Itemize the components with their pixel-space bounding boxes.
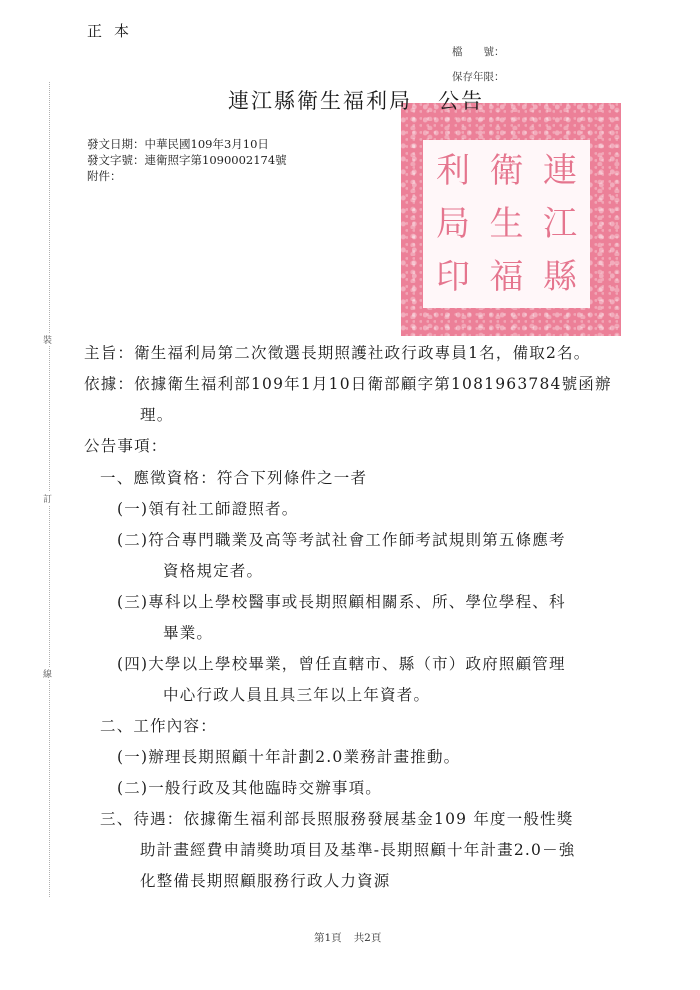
attachment-label: 附件： <box>87 168 287 184</box>
binding-mark-zhuang: 裝 <box>43 333 52 346</box>
section-qualifications: 一、應徵資格：符合下列條件之一者 <box>100 466 367 488</box>
seal-column: 連 江 縣 <box>536 146 584 302</box>
seal-inner-square: 連 江 縣 衛 生 福 利 局 印 <box>423 140 590 308</box>
basis-line-cont: 理。 <box>140 403 173 425</box>
header-fields: 發文日期：中華民國109年3月10日 發文字號：連衛照字第1090002174號… <box>87 136 287 184</box>
qualification-item-cont: 中心行政人員且具三年以上年資者。 <box>163 683 430 705</box>
seal-column: 利 局 印 <box>429 146 477 302</box>
seal-char: 連 <box>536 146 584 196</box>
title-organization: 連江縣衛生福利局 <box>228 89 412 113</box>
page-total: 共2頁 <box>354 932 382 944</box>
document-title: 連江縣衛生福利局公告 <box>228 85 484 115</box>
compensation-cont: 化整備長期照顧服務行政人力資源 <box>140 869 391 891</box>
title-type: 公告 <box>438 89 484 113</box>
basis-line: 依據：依據衛生福利部109年1月10日衛部顧字第1081963784號函辦 <box>84 372 612 394</box>
official-seal: 連 江 縣 衛 生 福 利 局 印 <box>401 103 621 336</box>
binding-mark-ding: 訂 <box>43 492 52 505</box>
compensation-cont: 助計畫經費申請獎助項目及基準-長期照顧十年計畫2.0－強 <box>140 838 576 860</box>
seal-char: 利 <box>429 146 477 196</box>
seal-char: 福 <box>483 252 531 302</box>
seal-column: 衛 生 福 <box>483 146 531 302</box>
seal-char: 縣 <box>536 252 584 302</box>
job-item: (二)一般行政及其他臨時交辦事項。 <box>117 776 382 798</box>
issue-number: 發文字號：連衛照字第1090002174號 <box>87 152 287 168</box>
subject-line: 主旨：衛生福利局第二次徵選長期照護社政行政專員1名，備取2名。 <box>84 341 590 363</box>
seal-char: 江 <box>536 199 584 249</box>
qualification-item-cont: 畢業。 <box>163 621 213 643</box>
issue-date: 發文日期：中華民國109年3月10日 <box>87 136 287 152</box>
qualification-item: (一)領有社工師證照者。 <box>117 497 299 519</box>
retention-period-label: 保存年限： <box>452 69 505 84</box>
seal-char: 衛 <box>483 146 531 196</box>
seal-char: 局 <box>429 199 477 249</box>
binding-mark-xian: 線 <box>43 667 52 680</box>
announcement-heading: 公告事項： <box>84 434 168 456</box>
seal-char: 印 <box>429 252 477 302</box>
job-item: (一)辦理長期照顧十年計劃2.0業務計畫推動。 <box>117 745 460 767</box>
copy-label: 正本 <box>87 20 141 41</box>
file-number-label: 檔 號： <box>452 44 505 59</box>
page-footer: 第1頁共2頁 <box>314 930 381 945</box>
section-job-content: 二、工作內容： <box>100 714 217 736</box>
qualification-item-cont: 資格規定者。 <box>163 559 263 581</box>
qualification-item: (二)符合專門職業及高等考試社會工作師考試規則第五條應考 <box>117 528 566 550</box>
seal-char: 生 <box>483 199 531 249</box>
qualification-item: (三)專科以上學校醫事或長期照顧相關系、所、學位學程、科 <box>117 590 566 612</box>
qualification-item: (四)大學以上學校畢業，曾任直轄市、縣（市）政府照顧管理 <box>117 652 566 674</box>
page-number: 第1頁 <box>314 932 342 944</box>
section-compensation: 三、待遇：依據衛生福利部長照服務發展基金109 年度一般性獎 <box>100 807 574 829</box>
binding-line <box>49 82 50 897</box>
